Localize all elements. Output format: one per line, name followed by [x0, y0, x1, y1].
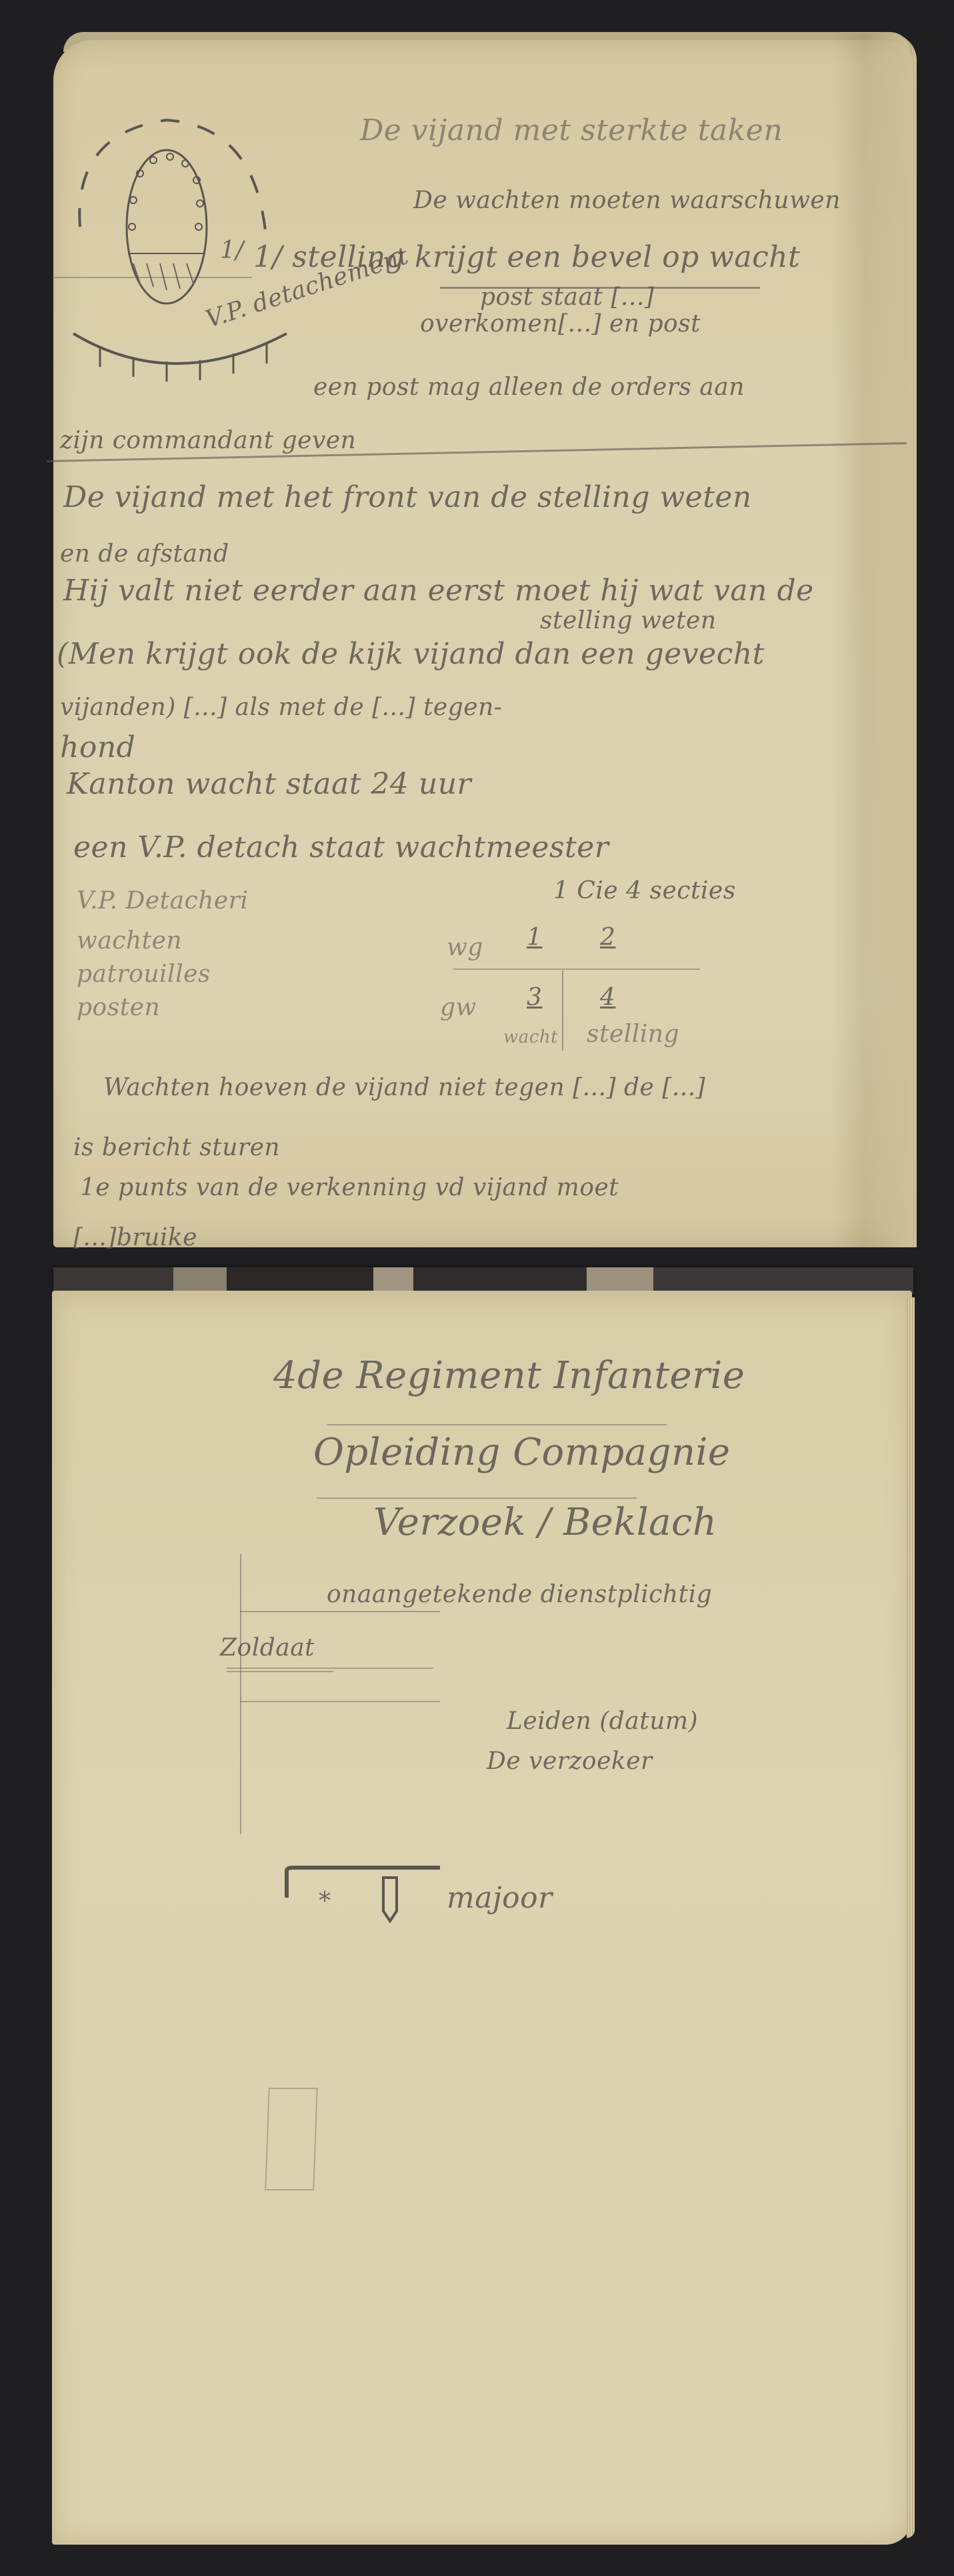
- notebook-binding: [53, 1267, 913, 1294]
- note-line: De vijand met sterkte taken: [360, 113, 783, 147]
- table-cell: 2: [600, 924, 615, 951]
- outpost-arc-icon: [73, 320, 293, 400]
- form-body-line: onaangetekende dienstplichtig: [327, 1581, 712, 1608]
- form-title-request: Verzoek / Beklach: [373, 1501, 717, 1544]
- place-date-label: Leiden (datum): [507, 1708, 698, 1735]
- page-stack-edge: [907, 1297, 915, 2538]
- divider: [52, 277, 252, 278]
- table-cell: 1: [527, 924, 542, 951]
- margin-line: [240, 1554, 241, 1834]
- note-line: (Men krijgt ook de kijk vijand dan een g…: [57, 637, 765, 671]
- divider: [317, 1497, 637, 1499]
- divider: [327, 1424, 667, 1425]
- note-line: 1e punts van de verkenning vd vijand moe…: [80, 1174, 619, 1201]
- note-line: De vijand met het front van de stelling …: [63, 480, 752, 514]
- position-sketch-icon: [67, 93, 287, 313]
- form-title-regiment: 4de Regiment Infanterie: [273, 1354, 745, 1397]
- table-row-label: gw: [440, 994, 477, 1021]
- note-line: vijanden) [...] als met de [...] tegen-: [60, 694, 502, 721]
- note-line: [...]bruike: [73, 1224, 197, 1251]
- table-footer-label: stelling: [587, 1021, 679, 1048]
- note-line: post staat [...]: [480, 283, 654, 311]
- note-line: is bericht sturen: [73, 1134, 280, 1161]
- position-mark: 1/: [220, 237, 244, 264]
- note-line: Kanton wacht staat 24 uur: [67, 767, 471, 801]
- soldier-label: Zoldaat: [220, 1634, 315, 1662]
- note-line: 1/ stelling krijgt een bevel op wacht: [253, 240, 800, 274]
- note-line: Hij valt niet eerder aan eerst moet hij …: [63, 574, 814, 608]
- divider: [240, 1611, 440, 1612]
- note-line: De wachten moeten waarschuwen: [413, 187, 841, 214]
- table-item: wachten: [77, 927, 182, 954]
- underline: [227, 1671, 333, 1672]
- signature-label: De verzoeker: [487, 1748, 653, 1775]
- note-line: zijn commandant geven: [60, 427, 356, 454]
- table-row-label: wg: [447, 934, 483, 961]
- table-vertical-divider: [562, 971, 563, 1051]
- rank-label: majoor: [447, 1881, 553, 1915]
- sketch-rectangle: [265, 2088, 317, 2190]
- table-cell: 4: [600, 984, 615, 1011]
- notebook-page-bottom: [52, 1291, 912, 2545]
- signature-line: [240, 1701, 440, 1702]
- rank-star: *: [319, 1888, 331, 1915]
- note-line: hond: [60, 730, 135, 764]
- note-line: en de afstand: [60, 540, 229, 568]
- table-item: posten: [77, 994, 160, 1021]
- table-cell: 3: [527, 984, 542, 1011]
- signature-line: [227, 1668, 433, 1669]
- note-line: een V.P. detach staat wachtmeester: [73, 830, 609, 864]
- note-line: een post mag alleen de orders aan: [313, 374, 745, 401]
- note-line: overkomen[...] en post: [420, 310, 701, 338]
- form-title-company: Opleiding Compagnie: [313, 1431, 731, 1474]
- table-footer-label: wacht: [503, 1027, 558, 1047]
- table-item: V.P. Detacheri: [77, 887, 248, 914]
- table-header: 1 Cie 4 secties: [553, 877, 736, 904]
- note-line: stelling weten: [540, 607, 717, 634]
- note-line: Wachten hoeven de vijand niet tegen [...…: [103, 1074, 705, 1101]
- table-divider: [453, 969, 700, 970]
- table-item: patrouilles: [77, 960, 211, 988]
- page-curl-shadow: [830, 33, 917, 1247]
